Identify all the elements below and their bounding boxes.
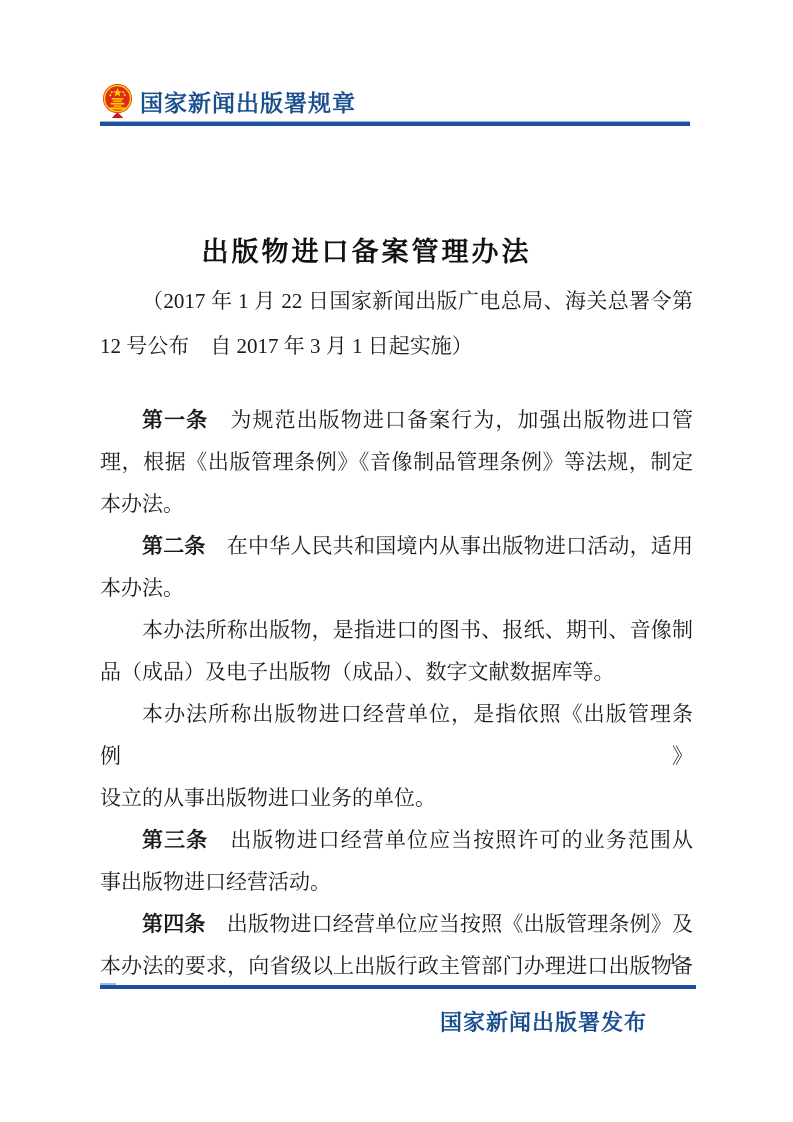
- text-segment: 12 号公布 自 2017 年 3 月 1 日起实施）: [100, 334, 473, 358]
- text-line: 设立的从事出版物进口业务的单位。: [100, 777, 693, 819]
- text-line: （2017 年 1 月 22 日国家新闻出版广电总局、海关总署令第: [100, 279, 693, 324]
- page-number: - 1 -: [100, 949, 693, 969]
- header-agency-label: 国家新闻出版署规章: [140, 85, 356, 118]
- text-segment: 理，根据《出版管理条例》《音像制品管理条例》等法规，制定: [100, 450, 693, 474]
- text-segment: 品（成品）及电子出版物（成品）、数字文献数据库等。: [100, 660, 615, 684]
- page-header: 国家新闻出版署规章: [102, 83, 356, 119]
- document-subtitle: （2017 年 1 月 22 日国家新闻出版广电总局、海关总署令第12 号公布 …: [100, 279, 693, 369]
- text-segment: 出版物进口经营单位应当按照许可的业务范围从: [208, 828, 693, 852]
- text-line: 理，根据《出版管理条例》《音像制品管理条例》等法规，制定: [100, 441, 693, 483]
- text-line: 品（成品）及电子出版物（成品）、数字文献数据库等。: [100, 651, 693, 693]
- text-segment: 设立的从事出版物进口业务的单位。: [100, 786, 436, 810]
- footer-rule: [100, 985, 696, 989]
- text-segment: 本办法所称出版物，是指进口的图书、报纸、期刊、音像制: [142, 618, 693, 642]
- text-segment: 出版物进口经营单位应当按照《出版管理条例》及: [206, 912, 693, 936]
- text-line: 事出版物进口经营活动。: [100, 861, 693, 903]
- text-line: 第一条 为规范出版物进口备案行为，加强出版物进口管: [100, 399, 693, 441]
- article-number: 第四条: [142, 912, 206, 936]
- document-page: 国家新闻出版署规章 出版物进口备案管理办法 （2017 年 1 月 22 日国家…: [0, 0, 793, 1122]
- article-number: 第三条: [142, 828, 208, 852]
- text-line: 本办法所称出版物进口经营单位，是指依照《出版管理条例》: [100, 693, 693, 777]
- text-segment: 在中华人民共和国境内从事出版物进口活动，适用: [206, 534, 693, 558]
- text-line: 本办法。: [100, 567, 693, 609]
- footer-rule-accent: [100, 983, 116, 985]
- text-line: 12 号公布 自 2017 年 3 月 1 日起实施）: [100, 324, 693, 369]
- china-national-emblem-icon: [102, 83, 133, 119]
- footer-publisher-label: 国家新闻出版署发布: [100, 1006, 647, 1037]
- text-segment: 本办法。: [100, 492, 184, 516]
- document-body: 第一条 为规范出版物进口备案行为，加强出版物进口管理，根据《出版管理条例》《音像…: [100, 399, 693, 987]
- text-segment: 本办法所称出版物进口经营单位，是指依照《出版管理条例》: [100, 702, 693, 768]
- text-line: 第四条 出版物进口经营单位应当按照《出版管理条例》及: [100, 903, 693, 945]
- text-line: 本办法所称出版物，是指进口的图书、报纸、期刊、音像制: [100, 609, 693, 651]
- text-segment: 本办法。: [100, 576, 184, 600]
- text-segment: 为规范出版物进口备案行为，加强出版物进口管: [208, 408, 693, 432]
- text-line: 第三条 出版物进口经营单位应当按照许可的业务范围从: [100, 819, 693, 861]
- text-line: 第二条 在中华人民共和国境内从事出版物进口活动，适用: [100, 525, 693, 567]
- document-title: 出版物进口备案管理办法: [70, 230, 663, 269]
- text-segment: 事出版物进口经营活动。: [100, 870, 331, 894]
- text-segment: （2017 年 1 月 22 日国家新闻出版广电总局、海关总署令第: [142, 289, 693, 313]
- text-line: 本办法。: [100, 483, 693, 525]
- header-rule: [100, 121, 690, 126]
- article-number: 第二条: [142, 534, 206, 558]
- article-number: 第一条: [142, 408, 208, 432]
